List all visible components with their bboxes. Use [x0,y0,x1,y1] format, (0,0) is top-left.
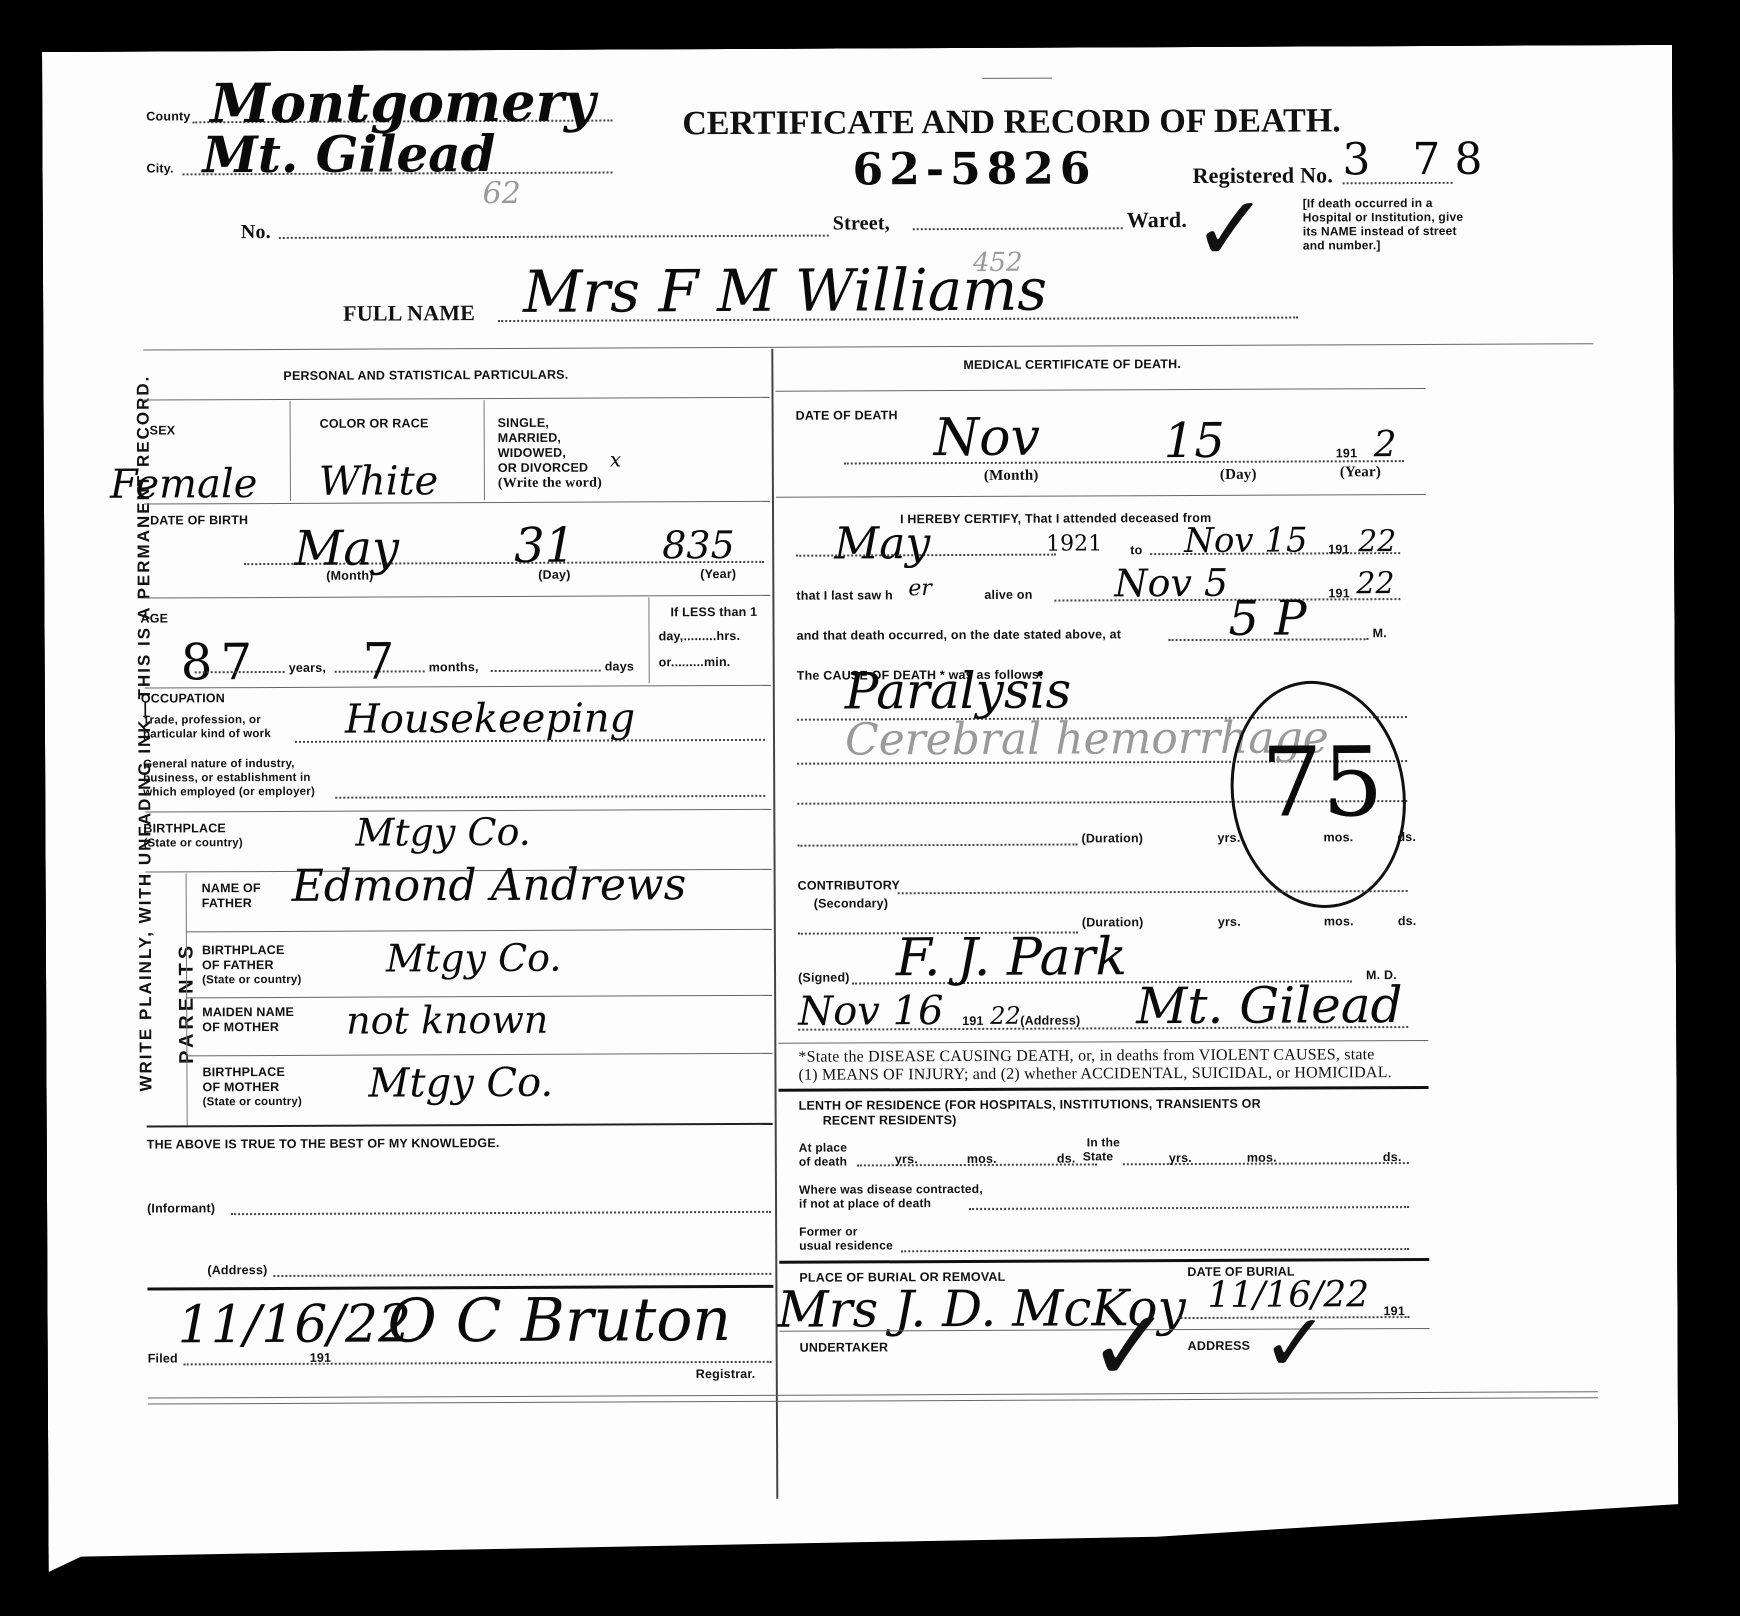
registered-number: 3 78 [1342,134,1496,186]
mother-birthplace-value: Mtgy Co. [368,1060,553,1107]
death-time-label: and that death occurred, on the date sta… [797,627,1122,643]
death-time-value: 5 P [1228,590,1306,646]
at-place-ds: ds. [1057,1152,1076,1167]
dod-label: DATE OF DEATH [796,408,898,423]
filed-line [184,1361,772,1366]
burial-address-label: ADDRESS [1188,1339,1251,1354]
contributory-label: CONTRIBUTORY [798,878,900,893]
divider-top [143,343,1593,350]
attended-from: May [834,518,930,569]
age-years-line [195,671,285,673]
certificate-title: CERTIFICATE AND RECORD OF DEATH. [682,102,1341,143]
dod-month: Nov [934,408,1040,468]
last-saw-year-prefix: 191 [1328,586,1350,601]
no-label: No. [241,221,271,244]
hospital-note: [If death occurred in a Hospital or Inst… [1303,196,1473,253]
father-birthplace-label: BIRTHPLACE OF FATHER (State or country) [202,943,302,988]
father-name-label: NAME OF FATHER [202,881,261,911]
industry-label: General nature of industry, business, or… [143,757,315,800]
in-state-yrs: yrs. [1169,1151,1192,1166]
divider [144,397,770,401]
age-months: 7 [363,632,395,690]
ward-line [913,227,1123,230]
last-saw-her: er [908,576,932,601]
divider [144,595,770,599]
dob-month-caption: (Month) [326,569,373,584]
last-saw-label: that I last saw h [796,588,893,603]
page-annotation: 62 [483,176,521,211]
physician-signature: F. J. Park [896,927,1127,988]
circled-code: 75 [1261,726,1384,839]
alive-on-label: alive on [984,588,1032,603]
days-caption: days [605,659,634,674]
to-label: to [1130,543,1142,558]
last-saw-date: Nov 5 [1114,561,1228,605]
marital-value: x [610,447,621,471]
burial-year-prefix: 191 [1383,1304,1405,1319]
in-state-mos: mos. [1247,1151,1277,1166]
dod-year-caption: (Year) [1340,464,1381,481]
in-state-ds: ds. [1383,1150,1402,1165]
informant-label: (Informant) [147,1201,215,1216]
informant-address-label: (Address) [207,1263,267,1278]
race-label: COLOR OR RACE [320,416,429,431]
industry-line [335,795,765,799]
contracted-label: Where was disease contracted, if not at … [799,1182,983,1211]
divider [147,1123,773,1128]
months-caption: months, [429,660,479,675]
divider [778,1040,1428,1044]
at-place-yrs: yrs. [895,1152,918,1167]
attended-to: Nov 15 [1184,520,1308,561]
informant-address-line [273,1273,771,1277]
former-residence-label: Former or usual residence [799,1224,893,1252]
at-place-label: At place of death [799,1140,847,1168]
divider [186,929,772,933]
county-label: County [146,109,190,124]
sex-value: Female [110,461,258,508]
last-saw-year: 22 [1356,566,1394,601]
undertaker-label: UNDERTAKER [800,1340,889,1355]
trade-label: Trade, profession, or particular kind of… [143,713,271,742]
dob-day-caption: (Day) [538,568,570,583]
filed-year-prefix: 191 [310,1351,332,1366]
divider [290,401,291,501]
checkmark-icon: ✓ [1193,177,1269,282]
registrar-label: Registrar. [696,1367,756,1382]
duration-label: (Duration) [1081,831,1143,846]
father-birthplace-value: Mtgy Co. [386,936,562,981]
filed-label: Filed [148,1351,178,1366]
at-place-mos: mos. [967,1152,997,1167]
father-name-value: Edmond Andrews [292,859,687,912]
occupation-label: OCCUPATION [141,691,225,706]
sex-label: SEX [150,423,176,438]
cause-primary: Paralysis [845,662,1072,721]
full-name-value: Mrs F M Williams [523,256,1047,326]
dob-year-caption: (Year) [700,567,736,582]
city-value: Mt. Gilead [202,124,495,184]
yrs-label: yrs. [1217,831,1240,846]
full-name-label: FULL NAME [343,300,475,327]
birthplace-label: BIRTHPLACE (State or country) [143,821,243,851]
mother-birthplace-label: BIRTHPLACE OF MOTHER (State or country) [202,1065,302,1110]
ward-label: Ward. [1127,207,1187,233]
city-label: City. [146,161,173,176]
contributory-mos-label: mos. [1324,914,1354,929]
birthplace-value: Mtgy Co. [355,810,531,855]
contributory-ds-label: ds. [1398,914,1417,929]
dob-label: DATE OF BIRTH [150,513,248,528]
duration-line [797,843,1077,846]
former-residence-line [901,1248,1409,1252]
trade-value: Housekeeping [345,695,635,742]
address-check-icon: ✓ [1261,1296,1328,1389]
name-annotation: 452 [973,248,1023,278]
dod-month-caption: (Month) [984,468,1039,485]
undertaker-check-icon: ✓ [1087,1287,1171,1404]
dod-year: 2 [1374,424,1397,465]
filed-date: 11/16/22 [177,1294,411,1355]
mother-name-label: MAIDEN NAME OF MOTHER [202,1005,294,1035]
top-mark [982,78,1052,79]
age-label: AGE [140,611,168,626]
certificate-number: 62-5826 [852,143,1096,195]
informant-line [231,1211,771,1215]
secondary-label: (Secondary) [814,896,889,911]
marital-label: SINGLE, MARRIED, WIDOWED, OR DIVORCED (W… [498,416,602,491]
death-certificate: WRITE PLAINLY, WITH UNFADING INK—THIS IS… [42,45,1679,1572]
in-state-label: In the State [1083,1135,1120,1163]
day-hrs-label: day,.........hrs. [659,629,741,644]
divider [779,1258,1429,1264]
mother-name-value: not known [346,998,548,1043]
divider [775,388,1425,392]
dod-day: 15 [1164,413,1225,469]
dod-year-prefix: 191 [1336,446,1358,461]
signed-label: (Signed) [798,970,850,985]
registrar-signature: O C Bruton [387,1285,731,1356]
age-days-line [491,670,601,672]
street-label: Street, [833,212,890,235]
age-years: 87 [181,633,261,691]
contracted-line [969,1206,1409,1210]
medical-section-title: MEDICAL CERTIFICATE OF DEATH. [963,357,1181,373]
dob-year: 835 [662,523,735,567]
certify-text: I HEREBY CERTIFY, That I attended deceas… [900,511,1211,527]
dod-day-caption: (Day) [1220,467,1257,484]
attended-from-year: 1921 [1046,531,1102,556]
attended-to-year: 22 [1358,524,1396,559]
sign-address-label: (Address) [1020,1013,1080,1028]
attended-to-year-prefix: 191 [1328,542,1350,557]
divider [779,1086,1429,1092]
sign-year-prefix: 191 [962,1014,984,1029]
informant-statement: THE ABOVE IS TRUE TO THE BEST OF MY KNOW… [147,1136,500,1153]
contributory-yrs-label: yrs. [1218,915,1241,930]
less-than-label: If LESS than 1 [670,605,757,620]
dob-day: 31 [514,518,575,574]
m-label: M. [1373,626,1387,641]
or-min-label: or.........min. [659,655,731,670]
dod-line [844,460,1404,464]
race-value: White [319,458,439,505]
divider [776,494,1426,498]
sign-address-value: Mt. Gilead [1136,976,1403,1035]
personal-section-title: PERSONAL AND STATISTICAL PARTICULARS. [283,368,568,384]
address-line [279,235,829,239]
divider [186,1053,772,1057]
years-caption: years, [289,661,326,676]
divider [484,400,485,500]
footnote: *State the DISEASE CAUSING DEATH, or, in… [798,1046,1392,1085]
divider-bottom-2 [148,1397,1598,1404]
sign-year: 22 [990,1002,1021,1030]
divider [648,597,649,683]
residence-title: LENTH OF RESIDENCE (FOR HOSPITALS, INSTI… [799,1097,1261,1129]
